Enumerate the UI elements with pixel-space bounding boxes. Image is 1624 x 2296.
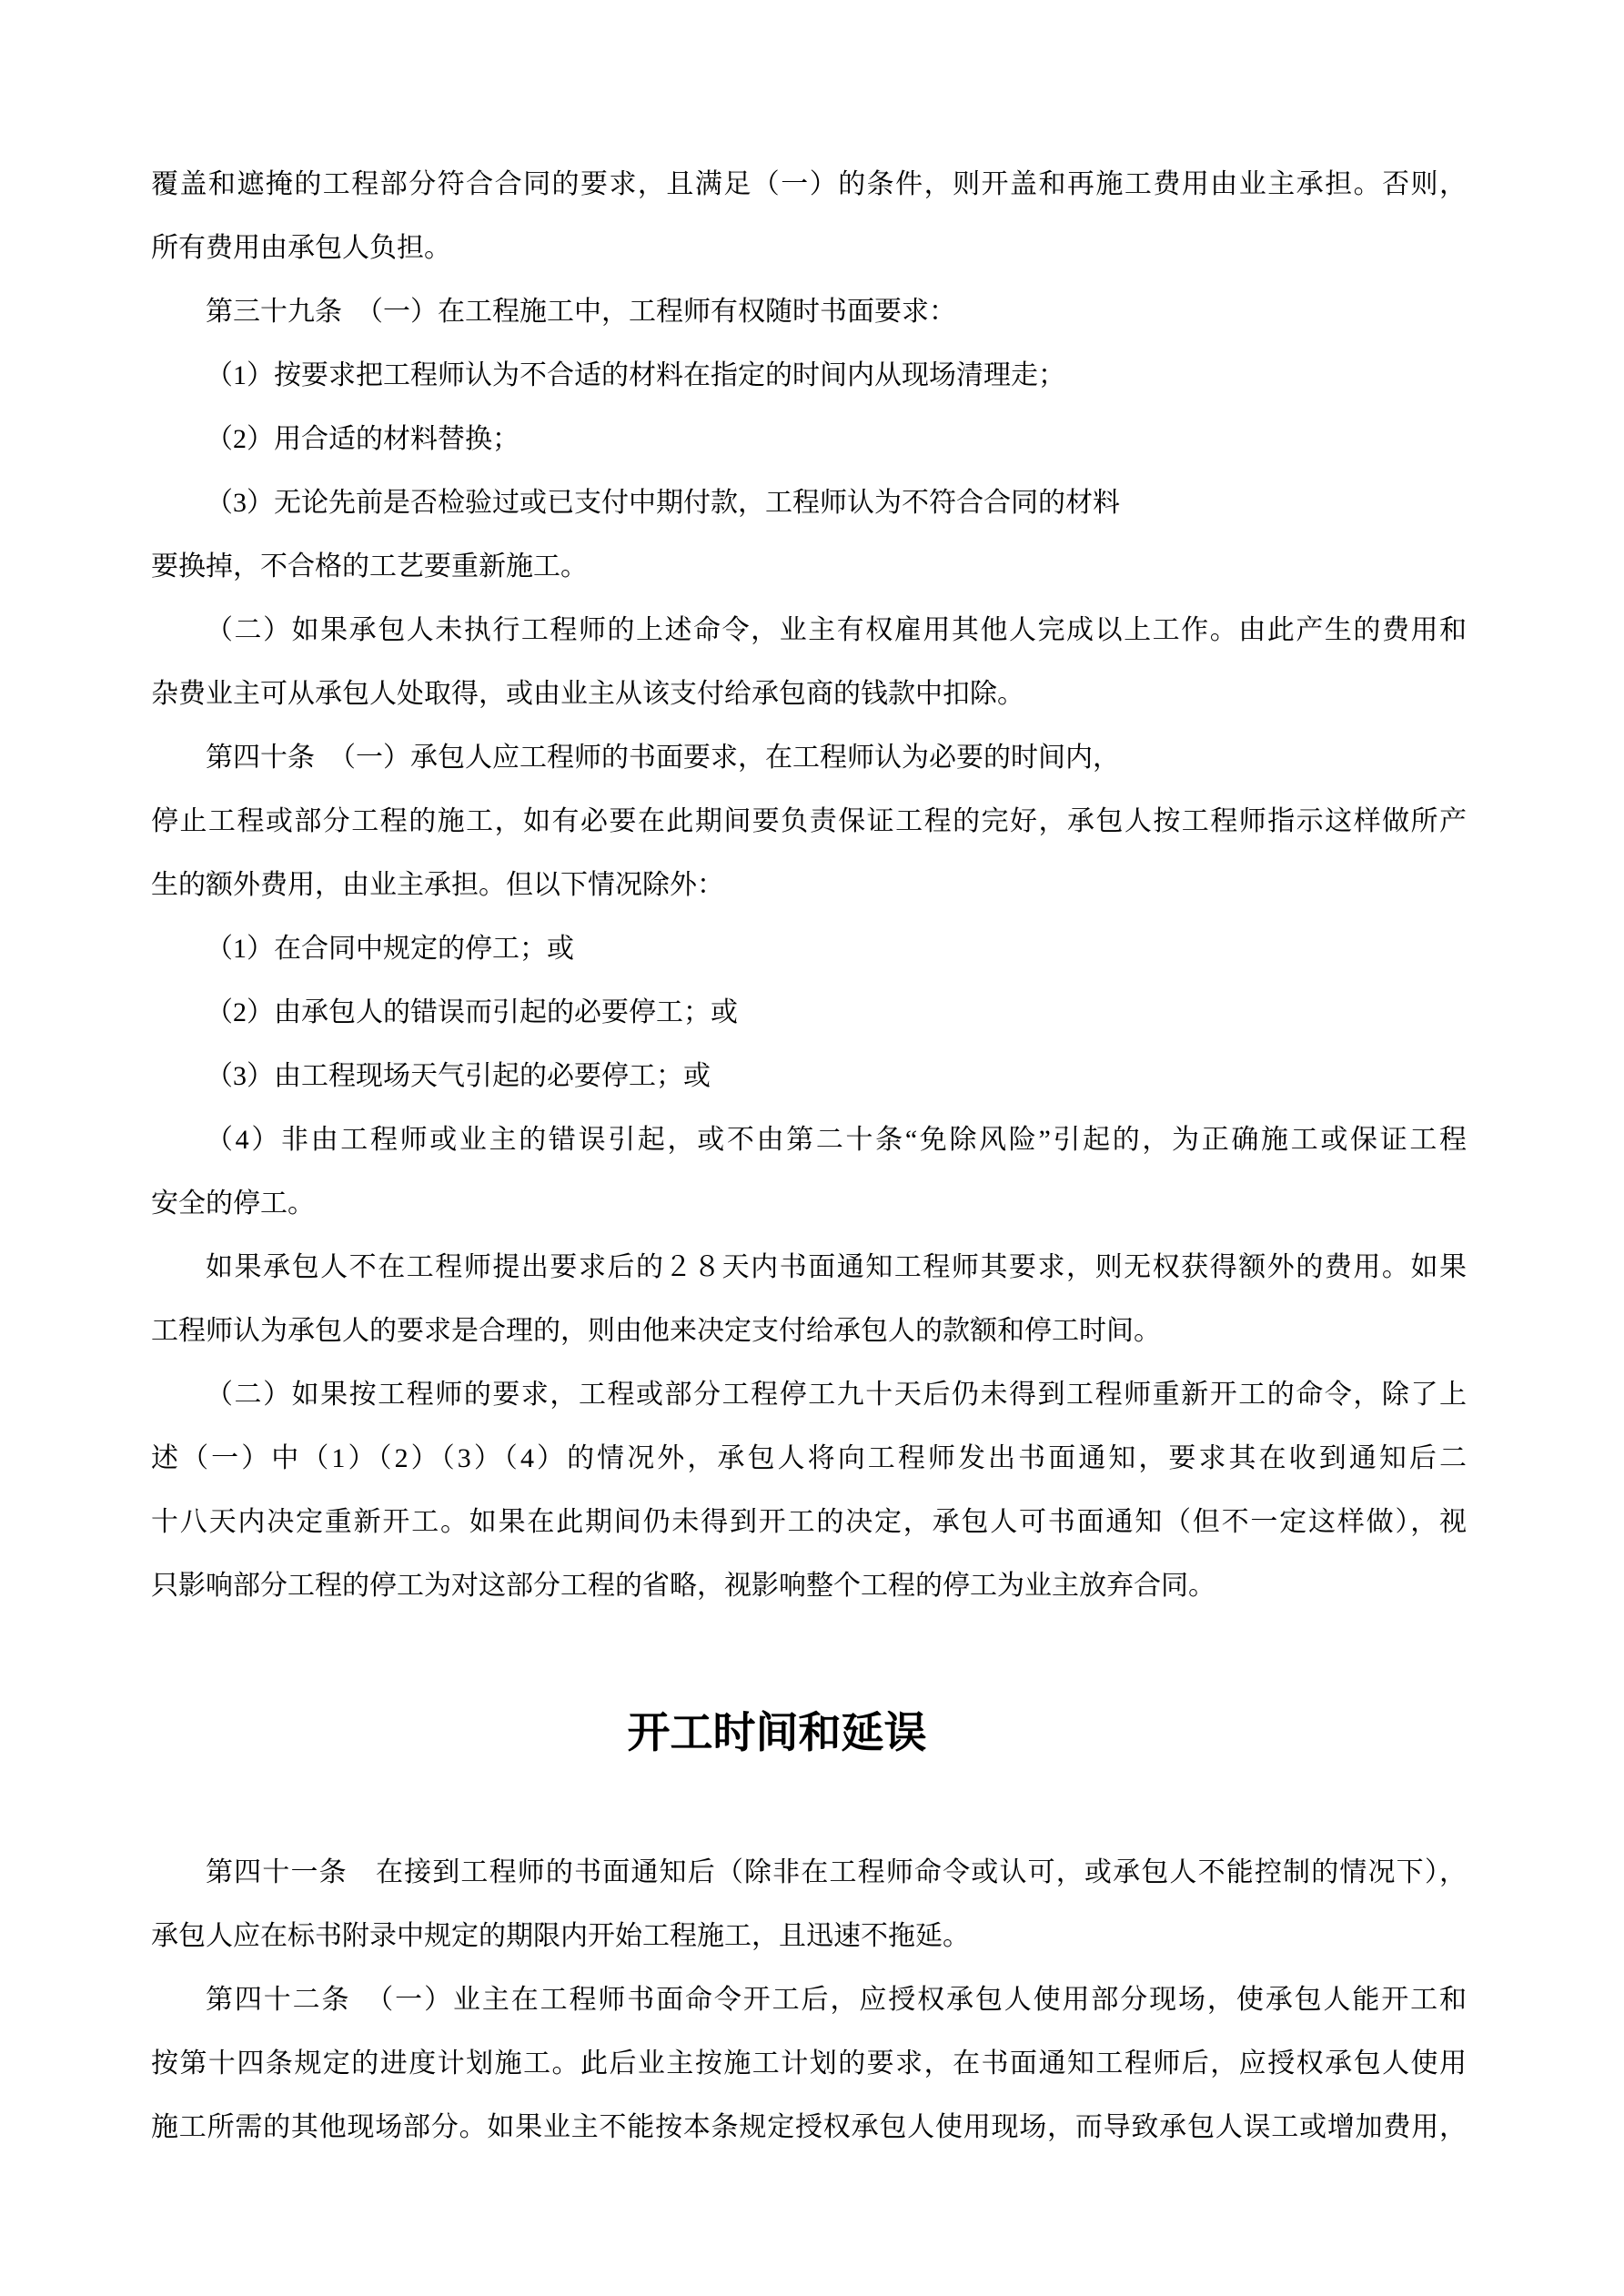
document-body: 覆盖和遮掩的工程部分符合合同的要求，且满足（一）的条件，则开盖和再施工费用由业主… [151, 153, 1467, 2159]
text-line: （1）在合同中规定的停工；或 [151, 917, 1467, 981]
text-line: 要换掉，不合格的工艺要重新施工。 [151, 535, 1467, 599]
text-line: （1）按要求把工程师认为不合适的材料在指定的时间内从现场清理走； [151, 344, 1467, 408]
text-line: （2）由承包人的错误而引起的必要停工；或 [151, 981, 1467, 1045]
text-line: 停止工程或部分工程的施工，如有必要在此期间要负责保证工程的完好，承包人按工程师指… [151, 790, 1467, 854]
text-line: 如果承包人不在工程师提出要求后的２８天内书面通知工程师其要求，则无权获得额外的费… [151, 1236, 1467, 1300]
text-line: （3）无论先前是否检验过或已支付中期付款，工程师认为不符合合同的材料 [151, 471, 1467, 535]
text-line: 第四十二条 （一）业主在工程师书面命令开工后，应授权承包人使用部分现场，使承包人… [151, 1968, 1467, 2032]
text-line: （二）如果承包人未执行工程师的上述命令，业主有权雇用其他人完成以上工作。由此产生… [151, 599, 1467, 663]
text-line: 只影响部分工程的停工为对这部分工程的省略，视影响整个工程的停工为业主放弃合同。 [151, 1554, 1467, 1618]
section-heading: 开工时间和延误 [151, 1618, 1467, 1841]
text-line: 第三十九条 （一）在工程施工中，工程师有权随时书面要求： [151, 280, 1467, 344]
text-line: 述（一）中（1）（2）（3）（4）的情况外，承包人将向工程师发出书面通知，要求其… [151, 1427, 1467, 1491]
text-line: （4）非由工程师或业主的错误引起，或不由第二十条“免除风险”引起的，为正确施工或… [151, 1108, 1467, 1172]
text-line: 安全的停工。 [151, 1172, 1467, 1236]
text-line: （2）用合适的材料替换； [151, 408, 1467, 471]
text-line: 杂费业主可从承包人处取得，或由业主从该支付给承包商的钱款中扣除。 [151, 663, 1467, 726]
text-line: 第四十一条 在接到工程师的书面通知后（除非在工程师命令或认可，或承包人不能控制的… [151, 1841, 1467, 1905]
text-line: 工程师认为承包人的要求是合理的，则由他来决定支付给承包人的款额和停工时间。 [151, 1300, 1467, 1363]
document-page: 覆盖和遮掩的工程部分符合合同的要求，且满足（一）的条件，则开盖和再施工费用由业主… [0, 0, 1624, 2296]
text-line: 生的额外费用，由业主承担。但以下情况除外： [151, 854, 1467, 917]
text-line: 覆盖和遮掩的工程部分符合合同的要求，且满足（一）的条件，则开盖和再施工费用由业主… [151, 153, 1467, 217]
text-line: （3）由工程现场天气引起的必要停工；或 [151, 1045, 1467, 1108]
text-line: 承包人应在标书附录中规定的期限内开始工程施工，且迅速不拖延。 [151, 1905, 1467, 1968]
text-line: 按第十四条规定的进度计划施工。此后业主按施工计划的要求，在书面通知工程师后，应授… [151, 2032, 1467, 2096]
text-line: （二）如果按工程师的要求，工程或部分工程停工九十天后仍未得到工程师重新开工的命令… [151, 1363, 1467, 1427]
text-line: 第四十条 （一）承包人应工程师的书面要求，在工程师认为必要的时间内， [151, 726, 1467, 790]
text-line: 所有费用由承包人负担。 [151, 217, 1467, 280]
text-line: 十八天内决定重新开工。如果在此期间仍未得到开工的决定，承包人可书面通知（但不一定… [151, 1491, 1467, 1554]
text-line: 施工所需的其他现场部分。如果业主不能按本条规定授权承包人使用现场，而导致承包人误… [151, 2096, 1467, 2159]
